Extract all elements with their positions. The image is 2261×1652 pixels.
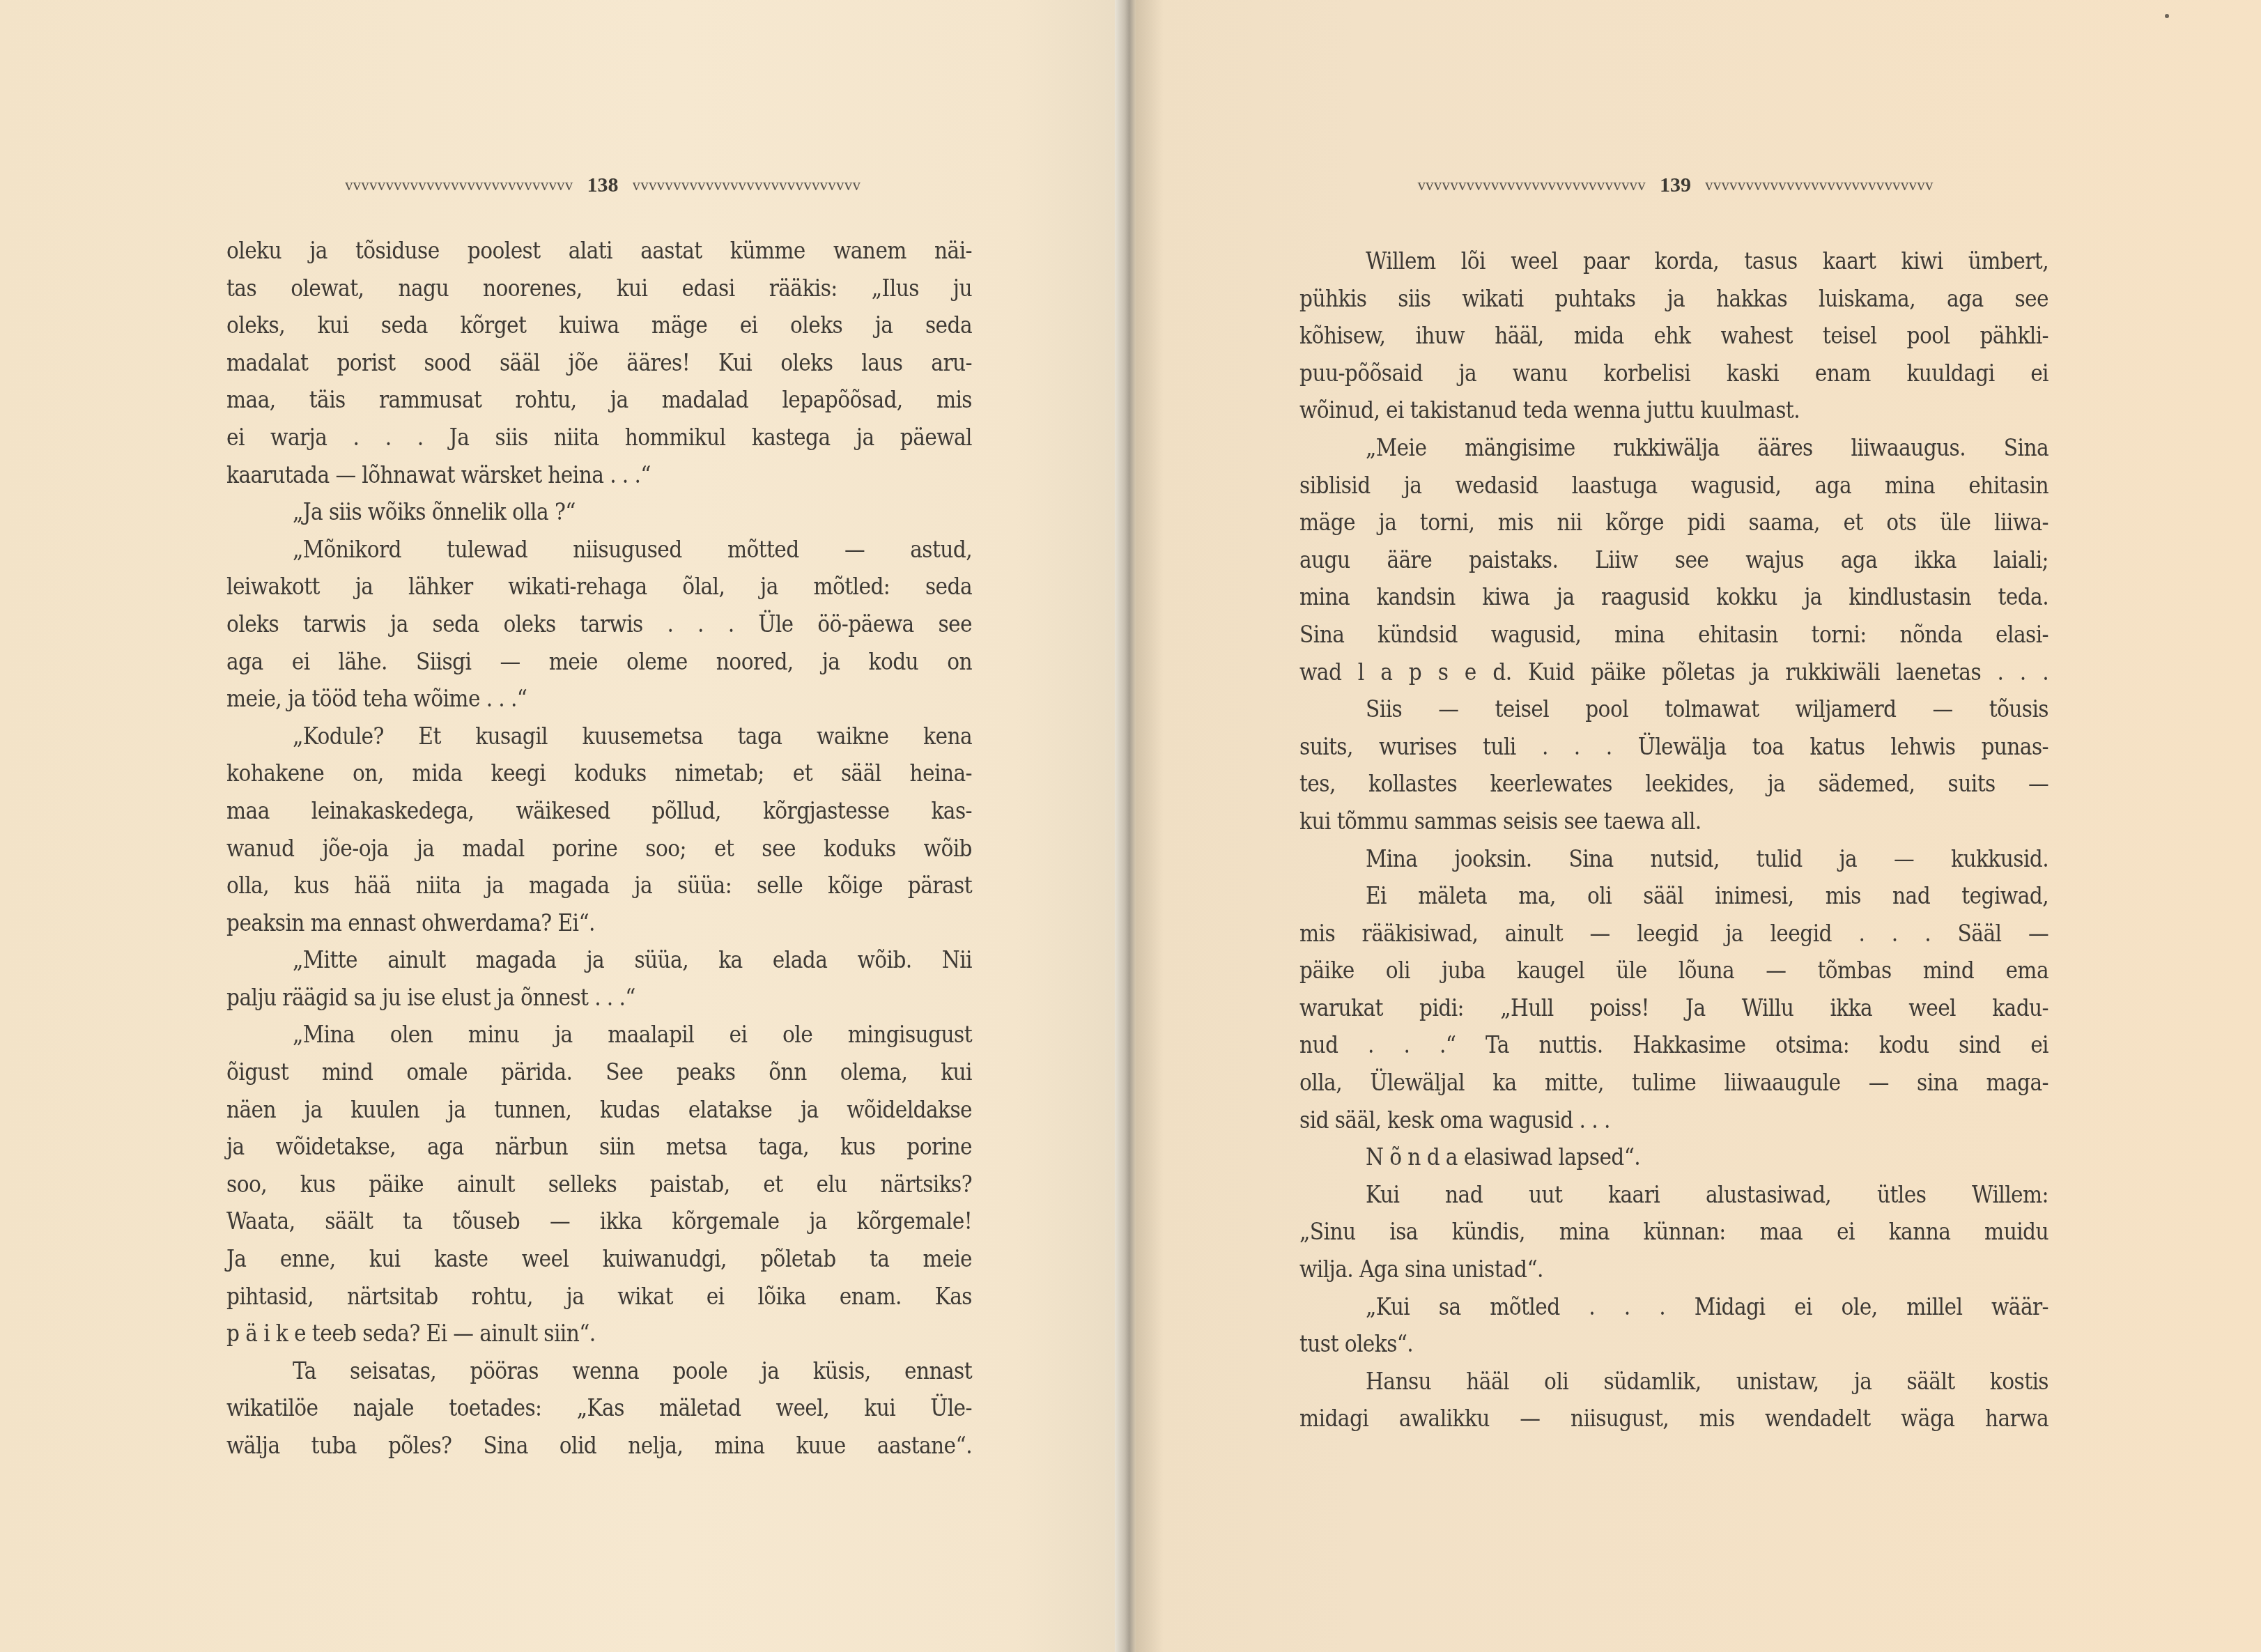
text-line: maa leinakaskedega, wäikesed põllud, kõr… bbox=[226, 792, 972, 830]
text-line: leiwakott ja lähker wikati-rehaga õlal, … bbox=[226, 568, 972, 605]
text-line: „Mina olen minu ja maalapil ei ole mingi… bbox=[226, 1016, 972, 1053]
text-line: tust oleks“. bbox=[1299, 1325, 2048, 1363]
text-line: olla, Ülewäljal ka mitte, tulime liiwaau… bbox=[1299, 1064, 2048, 1102]
page-body-text: Willem lõi weel paar korda, tasus kaart … bbox=[1299, 242, 2048, 1437]
left-page: vvvvvvvvvvvvvvvvvvvvvvvvvvvv 138 vvvvvvv… bbox=[0, 0, 1129, 1652]
text-line: „Kui sa mõtled . . . Midagi ei ole, mill… bbox=[1299, 1288, 2048, 1326]
text-line: oleks tarwis ja seda oleks tarwis . . . … bbox=[226, 605, 972, 643]
text-line: meie, ja tööd teha wõime . . .“ bbox=[226, 680, 972, 718]
text-line: wikatilöe najale toetades: „Kas mäletad … bbox=[226, 1389, 972, 1427]
text-line: „Sinu isa kündis, mina künnan: maa ei ka… bbox=[1299, 1213, 2048, 1251]
text-line: sid sääl, kesk oma wagusid . . . bbox=[1299, 1102, 2048, 1139]
text-line: tas olewat, nagu noorenes, kui edasi rää… bbox=[226, 270, 972, 307]
text-line: Ja enne, kui kaste weel kuiwanudgi, põle… bbox=[226, 1240, 972, 1278]
header-ornament: vvvvvvvvvvvvvvvvvvvvvvvvvvvv bbox=[633, 176, 980, 194]
text-line: madalat porist sood sääl jõe ääres! Kui … bbox=[226, 344, 972, 382]
text-line: „Mõnikord tulewad niisugused mõtted — as… bbox=[226, 531, 972, 569]
text-line: mäge ja torni, mis nii kõrge pidi saama,… bbox=[1299, 504, 2048, 541]
paper-speck bbox=[2165, 14, 2169, 18]
text-line: wõinud, ei takistanud teda wenna juttu k… bbox=[1299, 392, 2048, 429]
text-line: „Ja siis wõiks õnnelik olla ?“ bbox=[226, 493, 972, 531]
text-line: wanud jõe-oja ja madal porine soo; et se… bbox=[226, 830, 972, 867]
text-line: päike oli juba kaugel üle lõuna — tõmbas… bbox=[1299, 952, 2048, 989]
running-head-right: vvvvvvvvvvvvvvvvvvvvvvvvvvvv 139 vvvvvvv… bbox=[1301, 171, 2050, 199]
text-line: kohakene on, mida keegi koduks nimetab; … bbox=[226, 755, 972, 792]
page-body-text: oleku ja tõsiduse poolest alati aastat k… bbox=[226, 232, 972, 1465]
text-line: kaarutada — lõhnawat wärsket heina . . .… bbox=[226, 456, 972, 494]
text-line: N õ n d a elasiwad lapsed“. bbox=[1299, 1138, 2048, 1176]
text-line: warukat pidi: „Hull poiss! Ja Willu ikka… bbox=[1299, 989, 2048, 1027]
text-line: Mina jooksin. Sina nutsid, tulid ja — ku… bbox=[1299, 840, 2048, 878]
text-line: kõhisew, ihuw hääl, mida ehk wahest teis… bbox=[1299, 317, 2048, 355]
right-page: vvvvvvvvvvvvvvvvvvvvvvvvvvvv 139 vvvvvvv… bbox=[1129, 0, 2261, 1652]
text-line: tes, kollastes keerlewates leekides, ja … bbox=[1299, 765, 2048, 803]
text-line: Willem lõi weel paar korda, tasus kaart … bbox=[1299, 242, 2048, 280]
text-line: maa, täis rammusat rohtu, ja madalad lep… bbox=[226, 381, 972, 419]
text-line: augu ääre paistaks. Liiw see wajus aga i… bbox=[1299, 541, 2048, 579]
header-ornament: vvvvvvvvvvvvvvvvvvvvvvvvvvvv bbox=[226, 176, 573, 194]
text-line: „Meie mängisime rukkiwälja ääres liiwaau… bbox=[1299, 429, 2048, 467]
text-line: siblisid ja wedasid laastuga wagusid, ag… bbox=[1299, 467, 2048, 504]
book-gutter bbox=[1115, 0, 1136, 1652]
text-line: „Kodule? Et kusagil kuusemetsa taga waik… bbox=[226, 718, 972, 755]
text-line: suits, wurises tuli . . . Ülewälja toa k… bbox=[1299, 728, 2048, 766]
text-line: näen ja kuulen ja tunnen, kudas elatakse… bbox=[226, 1091, 972, 1129]
text-line: p ä i k e teeb seda? Ei — ainult siin“. bbox=[226, 1315, 972, 1352]
text-line: Ta seisatas, pööras wenna poole ja küsis… bbox=[226, 1352, 972, 1390]
text-line: Ei mäleta ma, oli sääl inimesi, mis nad … bbox=[1299, 877, 2048, 915]
text-line: Siis — teisel pool tolmawat wiljamerd — … bbox=[1299, 690, 2048, 728]
text-line: pihtasid, närtsitab rohtu, ja wikat ei l… bbox=[226, 1278, 972, 1315]
gutter-shadow bbox=[1136, 0, 1164, 1652]
header-ornament: vvvvvvvvvvvvvvvvvvvvvvvvvvvv bbox=[1705, 176, 2050, 194]
text-line: olla, kus hää niita ja magada ja süüa: s… bbox=[226, 867, 972, 904]
text-line: palju räägid sa ju ise elust ja õnnest .… bbox=[226, 979, 972, 1017]
text-line: soo, kus päike ainult selleks paistab, e… bbox=[226, 1166, 972, 1203]
text-line: oleks, kui seda kõrget kuiwa mäge ei ole… bbox=[226, 307, 972, 344]
text-line: wälja tuba põles? Sina olid nelja, mina … bbox=[226, 1427, 972, 1465]
page-number: 139 bbox=[1646, 173, 1705, 197]
text-line: aga ei lähe. Siisgi — meie oleme noored,… bbox=[226, 643, 972, 681]
text-line: peaksin ma ennast ohwerdama? Ei“. bbox=[226, 904, 972, 942]
text-line: ja wõidetakse, aga närbun siin metsa tag… bbox=[226, 1128, 972, 1166]
text-line: „Mitte ainult magada ja süüa, ka elada w… bbox=[226, 941, 972, 979]
text-line: oleku ja tõsiduse poolest alati aastat k… bbox=[226, 232, 972, 270]
text-line: kui tõmmu sammas seisis see taewa all. bbox=[1299, 803, 2048, 840]
text-line: Hansu hääl oli südamlik, unistaw, ja sää… bbox=[1299, 1363, 2048, 1400]
header-ornament: vvvvvvvvvvvvvvvvvvvvvvvvvvvv bbox=[1301, 176, 1646, 194]
text-line: ei warja . . . Ja siis niita hommikul ka… bbox=[226, 419, 972, 456]
text-line: Sina kündsid wagusid, mina ehitasin torn… bbox=[1299, 616, 2048, 654]
text-line: õigust mind omale pärida. See peaks õnn … bbox=[226, 1053, 972, 1091]
page-number: 138 bbox=[573, 173, 633, 197]
text-line: Waata, säält ta tõuseb — ikka kõrgemale … bbox=[226, 1203, 972, 1240]
text-line: puu-põõsaid ja wanu korbelisi kaski enam… bbox=[1299, 355, 2048, 392]
text-line: wilja. Aga sina unistad“. bbox=[1299, 1251, 2048, 1288]
text-line: nud . . .“ Ta nuttis. Hakkasime otsima: … bbox=[1299, 1026, 2048, 1064]
text-line: mina kandsin kiwa ja raagusid kokku ja k… bbox=[1299, 578, 2048, 616]
text-line: midagi awalikku — niisugust, mis wendade… bbox=[1299, 1400, 2048, 1437]
text-line: mis rääkisiwad, ainult — leegid ja leegi… bbox=[1299, 915, 2048, 952]
text-line: Kui nad uut kaari alustasiwad, ütles Wil… bbox=[1299, 1176, 2048, 1214]
text-line: wad l a p s e d. Kuid päike põletas ja r… bbox=[1299, 654, 2048, 691]
running-head-left: vvvvvvvvvvvvvvvvvvvvvvvvvvvv 138 vvvvvvv… bbox=[226, 171, 979, 199]
text-line: pühkis siis wikati puhtaks ja hakkas lui… bbox=[1299, 280, 2048, 318]
